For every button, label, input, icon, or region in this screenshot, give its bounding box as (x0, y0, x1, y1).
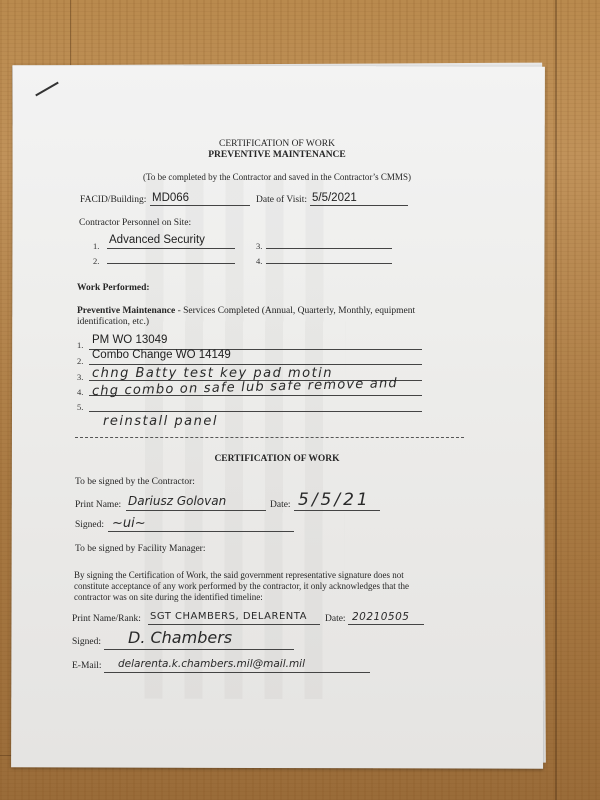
contractor-signature[interactable]: ~ui~ (112, 516, 146, 531)
document: CERTIFICATION OF WORK PREVENTIVE MAINTEN… (0, 0, 600, 800)
date-of-visit-line (310, 205, 408, 206)
facid-value[interactable]: MD066 (152, 192, 189, 204)
service-line (89, 411, 422, 412)
service-num: 2. (77, 356, 83, 366)
personnel-num: 4. (256, 256, 262, 266)
personnel-1-value[interactable]: Advanced Security (109, 234, 205, 246)
fm-date-value[interactable]: 20210505 (352, 611, 409, 623)
personnel-2-line[interactable] (107, 263, 235, 264)
form-title: CERTIFICATION OF WORK (0, 139, 554, 149)
date-line (294, 510, 380, 511)
print-name-line (126, 510, 266, 511)
form-subtitle: PREVENTIVE MAINTENANCE (0, 150, 554, 160)
disclaimer: contractor was on site during the identi… (74, 592, 263, 602)
fm-signature-line (104, 649, 294, 650)
personnel-num: 1. (93, 241, 99, 251)
facid-label: FACID/Building: (80, 195, 146, 205)
service-num: 5. (77, 402, 83, 412)
date-label: Date: (270, 500, 291, 510)
fm-date-line (348, 624, 424, 625)
section-divider (75, 437, 464, 438)
signed-label: Signed: (75, 520, 104, 530)
personnel-label: Contractor Personnel on Site: (79, 218, 191, 228)
email-label: E-Mail: (72, 661, 102, 671)
print-name-label: Print Name: (75, 500, 121, 510)
personnel-num: 2. (93, 256, 99, 266)
print-name-value[interactable]: Dariusz Golovan (128, 494, 226, 508)
fm-signed-label: Signed: (72, 637, 101, 647)
facid-line (150, 205, 250, 206)
certification-heading: CERTIFICATION OF WORK (0, 454, 554, 464)
personnel-num: 3. (256, 241, 262, 251)
pm-heading: Preventive Maintenance - Services Comple… (77, 306, 415, 316)
fm-date-label: Date: (325, 614, 346, 624)
personnel-3-line[interactable] (266, 248, 392, 249)
service-1-value[interactable]: PM WO 13049 (92, 334, 167, 346)
date-of-visit-value[interactable]: 5/5/2021 (312, 192, 357, 204)
email-line (104, 672, 370, 673)
date-value[interactable]: 5/5/21 (298, 490, 371, 510)
facility-label: To be signed by Facility Manager: (75, 544, 205, 554)
form-instruction: (To be completed by the Contractor and s… (0, 172, 554, 182)
pm-heading-bold: Preventive Maintenance (77, 306, 175, 316)
work-performed-label: Work Performed: (77, 283, 150, 293)
personnel-line (107, 248, 235, 249)
service-num: 3. (77, 372, 83, 382)
disclaimer: constitute acceptance of any work perfor… (74, 581, 409, 591)
print-rank-line (148, 624, 320, 625)
services-continued[interactable]: reinstall panel (103, 414, 218, 429)
personnel-4-line[interactable] (266, 263, 392, 264)
print-rank-label: Print Name/Rank: (72, 614, 141, 624)
signature-line (108, 531, 294, 532)
fm-signature[interactable]: D. Chambers (128, 628, 232, 647)
email-value[interactable]: delarenta.k.chambers.mil@mail.mil (118, 658, 305, 670)
pm-heading-line2: identification, etc.) (77, 317, 149, 327)
service-line (89, 364, 422, 365)
print-rank-value[interactable]: SGT CHAMBERS, DELARENTA (150, 611, 307, 622)
disclaimer: By signing the Certification of Work, th… (74, 570, 404, 580)
service-num: 4. (77, 387, 83, 397)
date-of-visit-label: Date of Visit: (256, 195, 307, 205)
service-2-value[interactable]: Combo Change WO 14149 (92, 349, 231, 361)
service-num: 1. (77, 340, 83, 350)
contractor-label: To be signed by the Contractor: (75, 477, 195, 487)
pm-heading-rest: - Services Completed (Annual, Quarterly,… (175, 306, 415, 316)
